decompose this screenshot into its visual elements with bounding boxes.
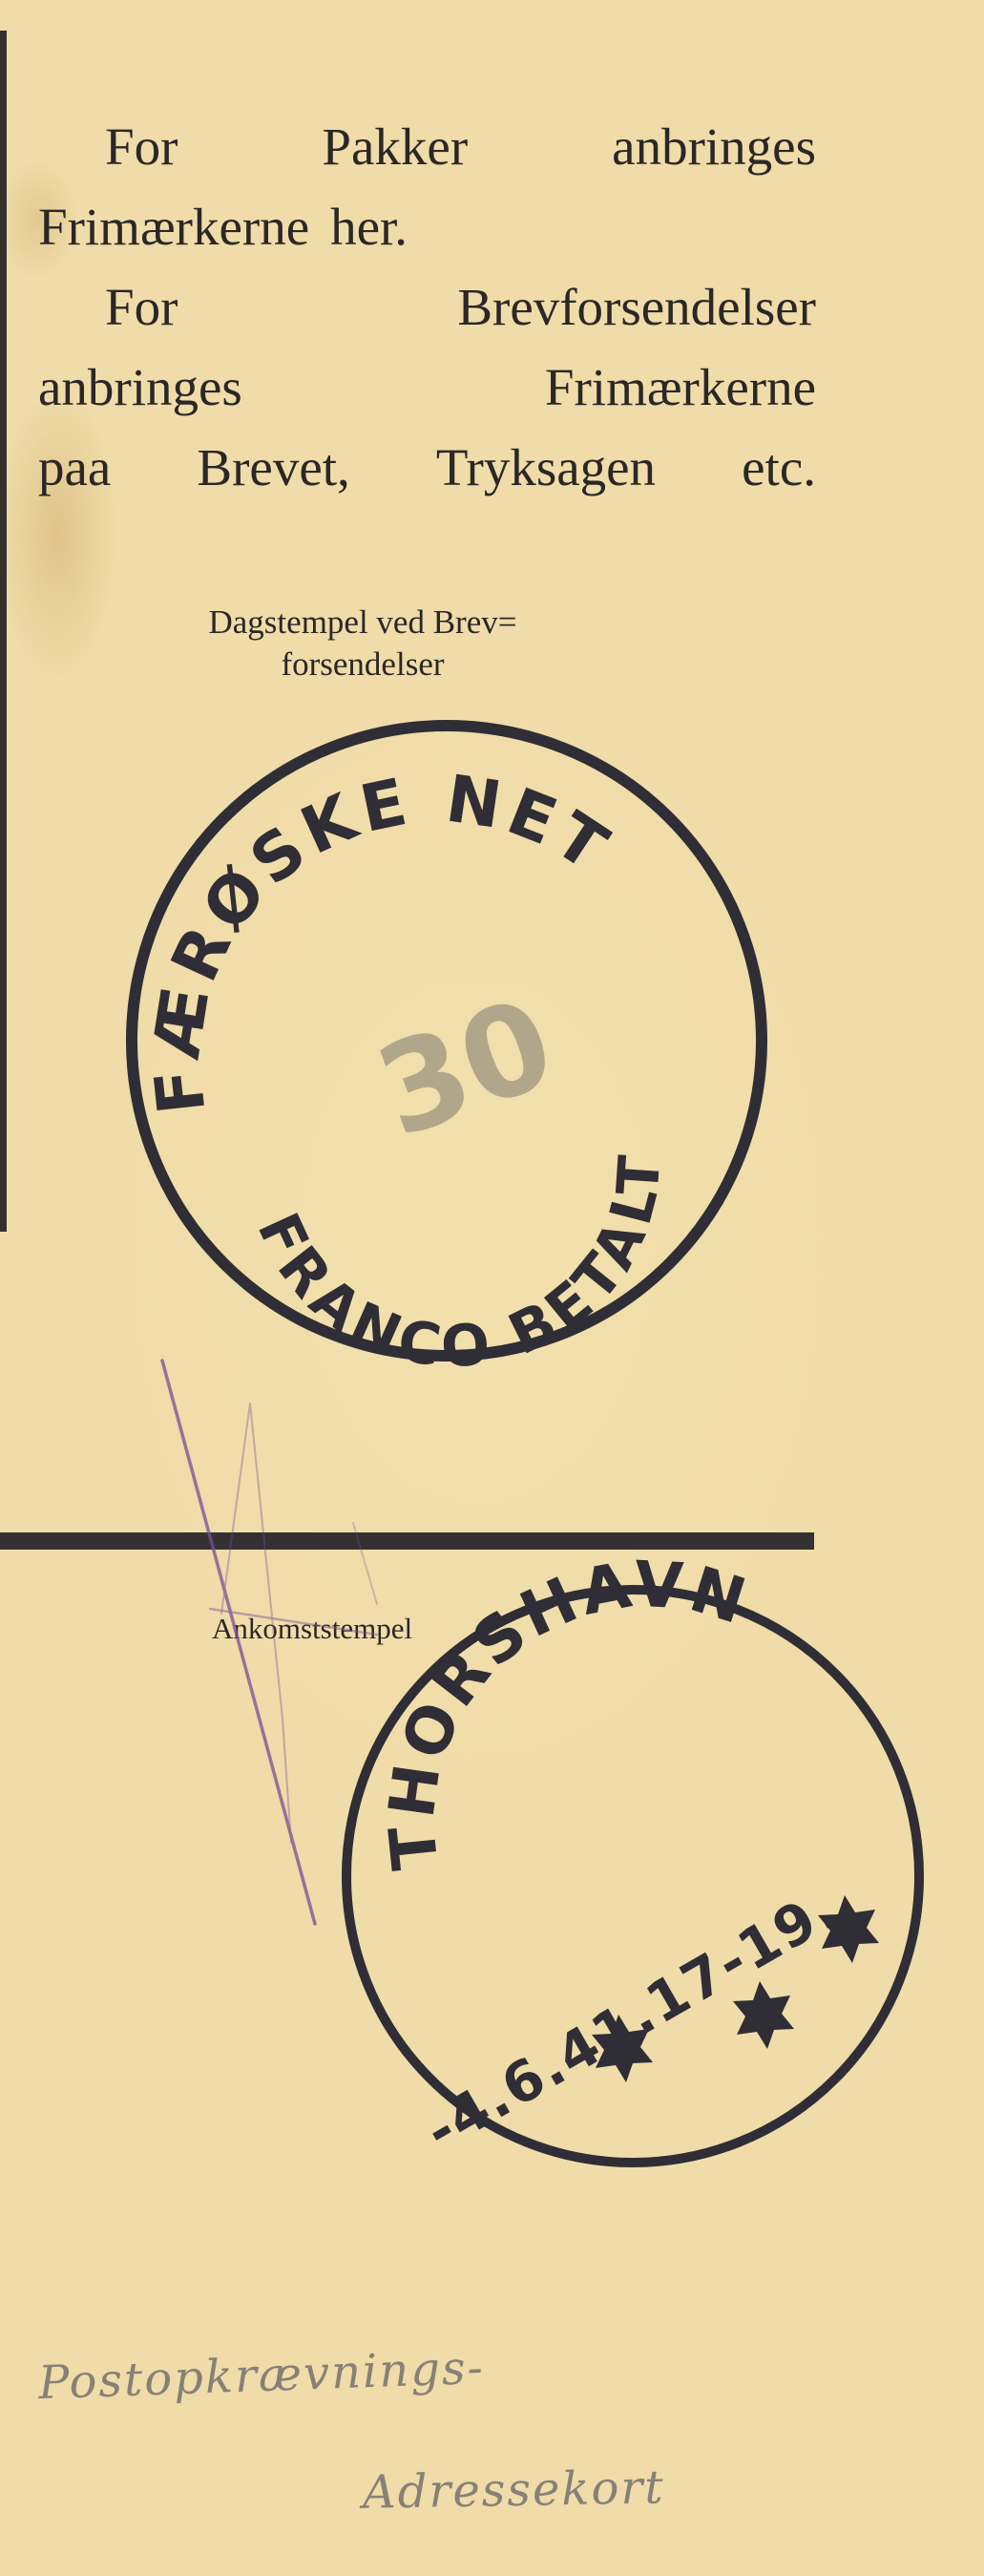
departure-postmark: FÆRØSKE NET FRANCO BETALT 30 bbox=[132, 726, 762, 1382]
stamps-overlay: FÆRØSKE NET FRANCO BETALT 30 THORSHAVN -… bbox=[0, 0, 984, 2576]
svg-text:FRANCO BETALT: FRANCO BETALT bbox=[244, 1148, 675, 1382]
arrival-postmark: THORSHAVN -4.6.41.17-19. bbox=[346, 1548, 919, 2164]
svg-text:30: 30 bbox=[360, 970, 572, 1166]
handwritten-note-line-2: Adressekort bbox=[363, 2460, 666, 2520]
svg-text:THORSHAVN: THORSHAVN bbox=[375, 1548, 758, 1873]
